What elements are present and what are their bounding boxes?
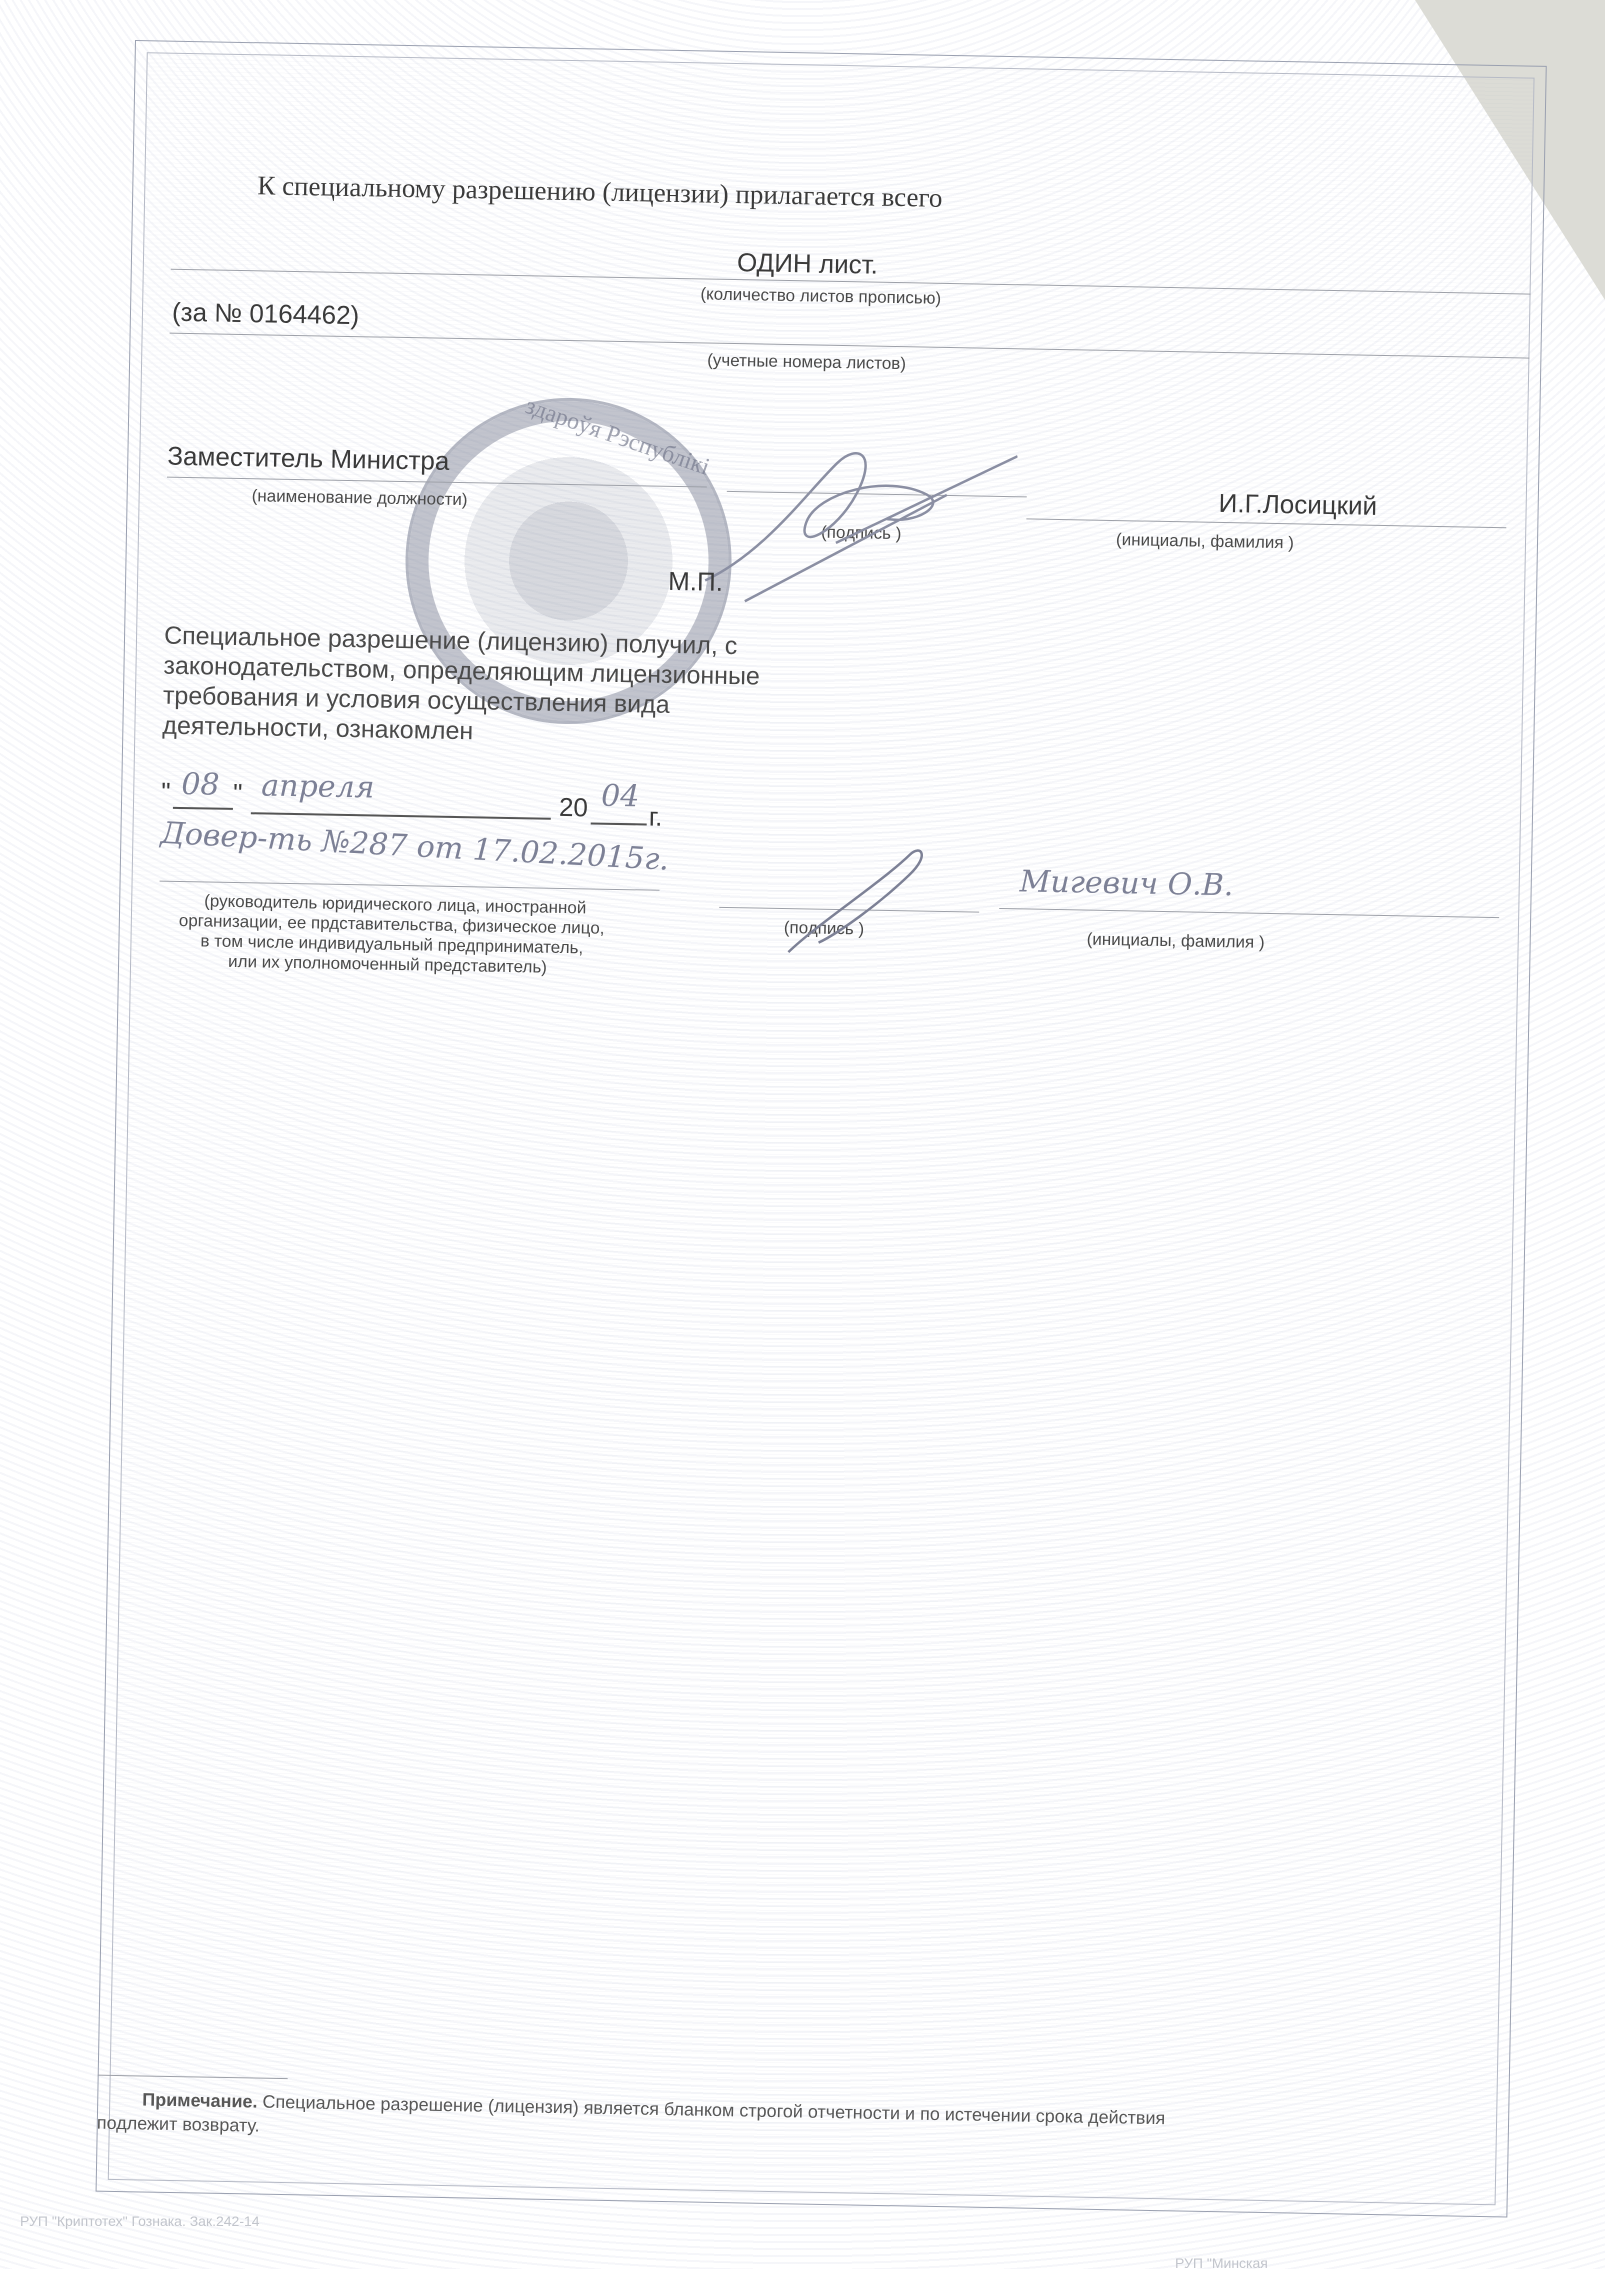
acknowledgement-line-4: деятельности, ознакомлен [162,711,473,747]
recipient-name: Мигевич О.В. [1019,864,1233,903]
footnote-line-2: подлежит возврату. [97,2112,260,2138]
official-name: И.Г.Лосицкий [1218,488,1377,522]
date-day: 08 [181,767,220,803]
recipient-signature [778,842,940,965]
position-caption: (наименование должности) [251,486,467,510]
date-suffix: г. [649,802,663,833]
stamp-place: М.П. [668,566,723,598]
license-attachment-sheet: К специальному разрешению (лицензии) при… [95,40,1555,2256]
recipient-name-caption: (инициалы, фамилия ) [1086,930,1264,953]
inner-border [108,52,1535,2205]
date-century: 20 [559,792,588,824]
footnote-label: Примечание. [142,2089,258,2111]
printer-imprint-right: РУП "Минская [1175,2255,1268,2269]
date-year: 04 [601,779,640,815]
official-position: Заместитель Министра [167,441,450,477]
date-month: апреля [261,768,375,805]
sheet-numbers-caption: (учетные номера листов) [707,351,906,375]
sheet-numbers: (за № 0164462) [172,297,360,331]
official-name-caption: (инициалы, фамилия ) [1116,530,1294,553]
sheet-count: ОДИН лист. [737,247,878,281]
official-signature [684,430,1018,636]
printer-imprint: РУП "Криптотех" Гознака. Зак.242-14 [20,2213,260,2229]
